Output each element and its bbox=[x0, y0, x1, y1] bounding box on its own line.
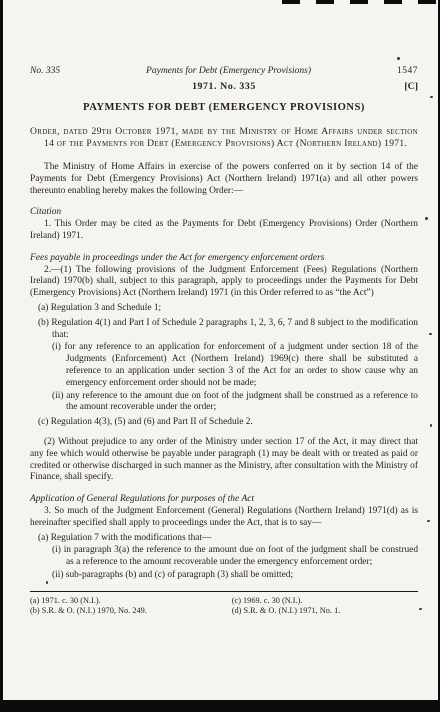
footnotes-left-column: (a) 1971. c. 30 (N.I.). (b) S.R. & O. (N… bbox=[30, 596, 232, 616]
document-title: PAYMENTS FOR DEBT (EMERGENCY PROVISIONS) bbox=[30, 102, 418, 113]
list-item-2-1-a: (a) Regulation 3 and Schedule 1; bbox=[30, 303, 418, 315]
scan-speck bbox=[419, 608, 422, 610]
list-item-3-a-i: (i) in paragraph 3(a) the reference to t… bbox=[30, 545, 418, 569]
list-item-2-1-b-i: (i) for any reference to an application … bbox=[30, 342, 418, 389]
scan-border-left bbox=[0, 0, 3, 712]
issue-number: 1971. No. 335 bbox=[192, 81, 256, 92]
list-item-2-1-c: (c) Regulation 4(3), (5) and (6) and Par… bbox=[30, 417, 418, 429]
scan-speck bbox=[429, 333, 432, 335]
footnote-b: (b) S.R. & O. (N.I.) 1970, No. 249. bbox=[30, 606, 232, 616]
running-title: Payments for Debt (Emergency Provisions) bbox=[146, 66, 311, 76]
footnotes-right-column: (c) 1969. c. 30 (N.I.). (d) S.R. & O. (N… bbox=[232, 596, 418, 616]
list-item-3-a-ii: (ii) sub-paragraphs (b) and (c) of parag… bbox=[30, 570, 418, 582]
fees-heading: Fees payable in proceedings under the Ac… bbox=[30, 253, 418, 265]
issue-line: 1971. No. 335 [C] bbox=[30, 81, 418, 92]
scan-speck bbox=[430, 96, 433, 98]
footnote-a: (a) 1971. c. 30 (N.I.). bbox=[30, 596, 232, 606]
application-heading: Application of General Regulations for p… bbox=[30, 494, 418, 506]
footnote-d: (d) S.R. & O. (N.I.) 1971, No. 1. bbox=[232, 606, 418, 616]
scan-border-top bbox=[282, 0, 440, 4]
footnotes-block: (a) 1971. c. 30 (N.I.). (b) S.R. & O. (N… bbox=[30, 591, 418, 616]
preamble-paragraph: The Ministry of Home Affairs in exercise… bbox=[30, 162, 418, 197]
list-item-2-1-b-ii: (ii) any reference to the amount due on … bbox=[30, 391, 418, 415]
fees-intro-paragraph: 2.—(1) The following provisions of the J… bbox=[30, 265, 418, 300]
running-header: No. 335 Payments for Debt (Emergency Pro… bbox=[30, 66, 418, 76]
scan-speck bbox=[397, 57, 400, 60]
classification-mark: [C] bbox=[404, 81, 418, 92]
scanned-document-page: No. 335 Payments for Debt (Emergency Pro… bbox=[0, 0, 440, 712]
serial-number: No. 335 bbox=[30, 66, 60, 76]
page-number: 1547 bbox=[397, 66, 418, 76]
citation-paragraph: 1. This Order may be cited as the Paymen… bbox=[30, 219, 418, 243]
scan-speck bbox=[427, 520, 430, 522]
fees-paragraph-2: (2) Without prejudice to any order of th… bbox=[30, 437, 418, 484]
application-intro-paragraph: 3. So much of the Judgment Enforcement (… bbox=[30, 506, 418, 530]
page-content: No. 335 Payments for Debt (Emergency Pro… bbox=[30, 66, 418, 616]
scan-speck bbox=[430, 424, 432, 427]
scan-speck bbox=[425, 217, 428, 220]
scan-border-bottom bbox=[0, 700, 440, 712]
order-caption: Order, dated 29th October 1971, made by … bbox=[30, 126, 418, 150]
list-item-2-1-b: (b) Regulation 4(1) and Part I of Schedu… bbox=[30, 318, 418, 342]
citation-heading: Citation bbox=[30, 207, 418, 219]
list-item-3-a: (a) Regulation 7 with the modifications … bbox=[30, 533, 418, 545]
footnote-c: (c) 1969. c. 30 (N.I.). bbox=[232, 596, 418, 606]
